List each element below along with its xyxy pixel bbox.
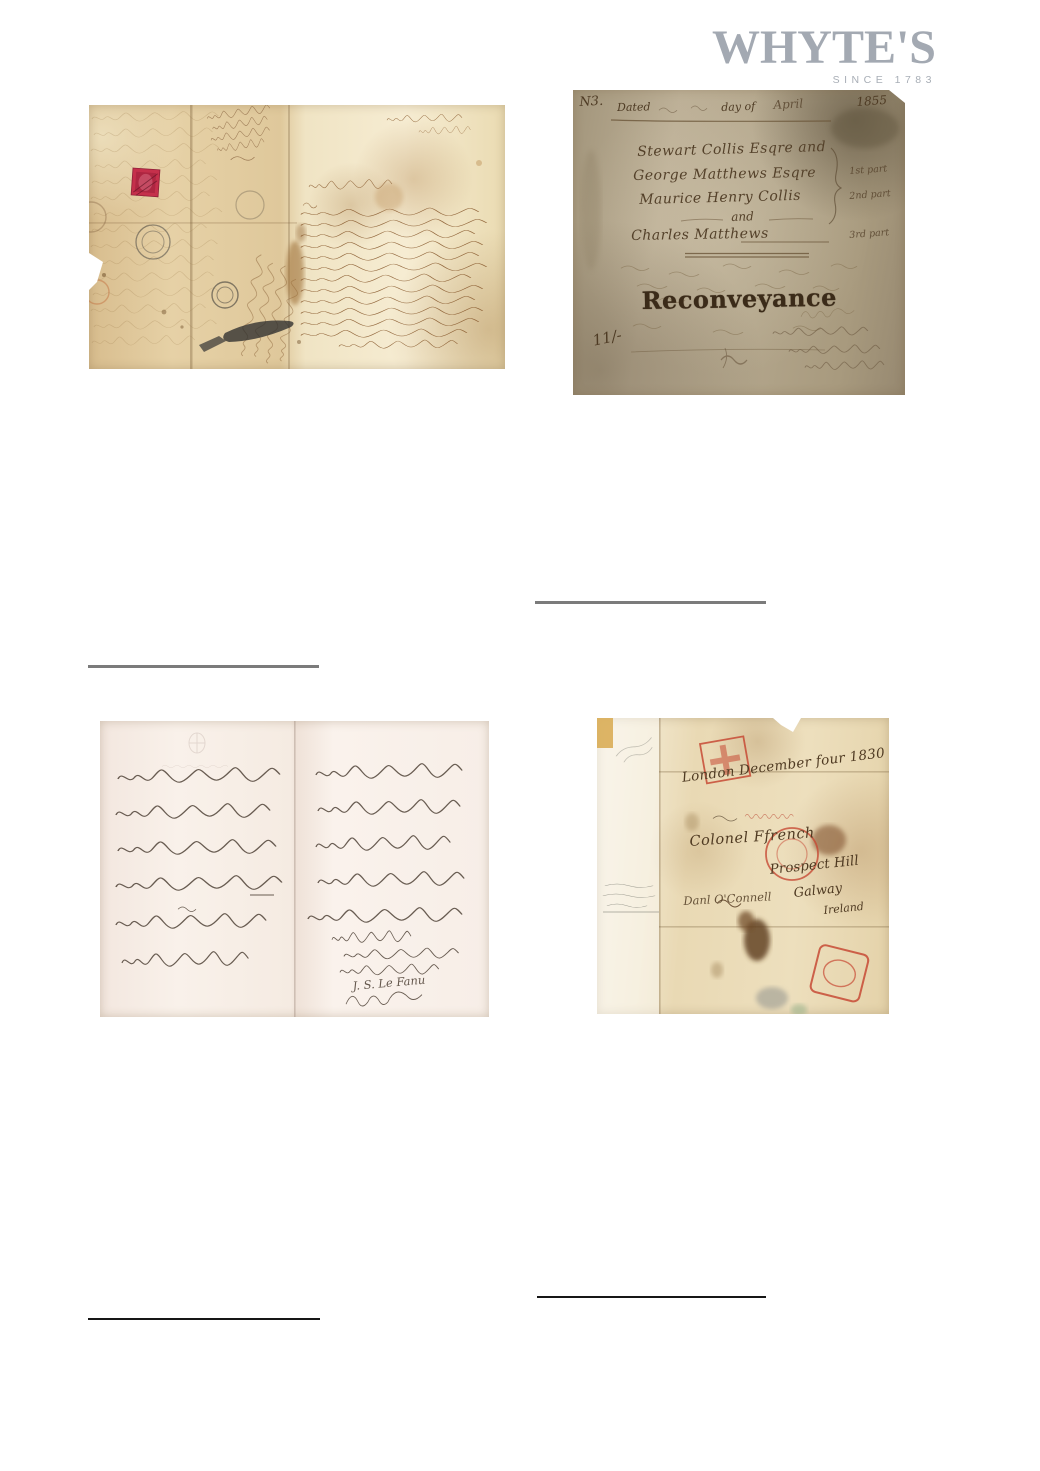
red-stamp-icon xyxy=(131,168,160,197)
day-of-label: day of xyxy=(721,100,755,114)
logo-wordmark: WHYTE'S xyxy=(712,24,936,72)
dated-label: Dated xyxy=(617,100,651,114)
year-script: 1855 xyxy=(856,93,887,109)
party-line-2: George Matthews Esqre xyxy=(633,165,816,184)
doc-number: N3. xyxy=(579,94,604,110)
crest-embossing xyxy=(162,733,228,768)
lot-separator-line xyxy=(88,665,319,668)
stamped-letter-artwork xyxy=(89,105,505,369)
verso-handwriting xyxy=(91,111,222,345)
photo-lefanu-letter: J. S. Le Fanu xyxy=(100,721,489,1017)
torn-edge xyxy=(89,253,103,290)
centre-fold xyxy=(294,721,296,1017)
docket-note-handwriting xyxy=(207,105,276,165)
and-word: and xyxy=(731,209,754,224)
ink-smudge xyxy=(199,321,294,353)
lot-separator-line xyxy=(535,601,766,604)
photo-stamped-letter xyxy=(89,105,505,369)
photo-free-front: London December four 1830 Colonel Ffrenc… xyxy=(597,718,889,1014)
right-page-handwriting xyxy=(308,764,464,1006)
party-line-4: Charles Matthews xyxy=(631,226,769,244)
boxed-mark-icon xyxy=(809,944,869,1003)
reconveyance-title: Reconveyance xyxy=(641,283,837,315)
left-page-handwriting xyxy=(116,768,282,966)
photo-reconveyance: N3. Dated day of April 1855 Stewart Coll… xyxy=(573,90,905,395)
lot-separator-line xyxy=(537,1296,766,1298)
brace xyxy=(829,148,841,224)
logo-tagline: SINCE 1783 xyxy=(712,74,936,86)
month-script: April xyxy=(773,96,803,112)
side-flap xyxy=(597,718,659,1014)
catalogue-page: WHYTE'S SINCE 1783 xyxy=(0,0,1040,1471)
reconveyance-artwork xyxy=(573,90,905,395)
lot-separator-line xyxy=(88,1318,320,1320)
postmark-icons xyxy=(89,191,264,308)
letter-body-handwriting xyxy=(301,114,487,348)
lefanu-letter-artwork xyxy=(100,721,489,1017)
whytes-logo: WHYTE'S SINCE 1783 xyxy=(712,24,936,86)
